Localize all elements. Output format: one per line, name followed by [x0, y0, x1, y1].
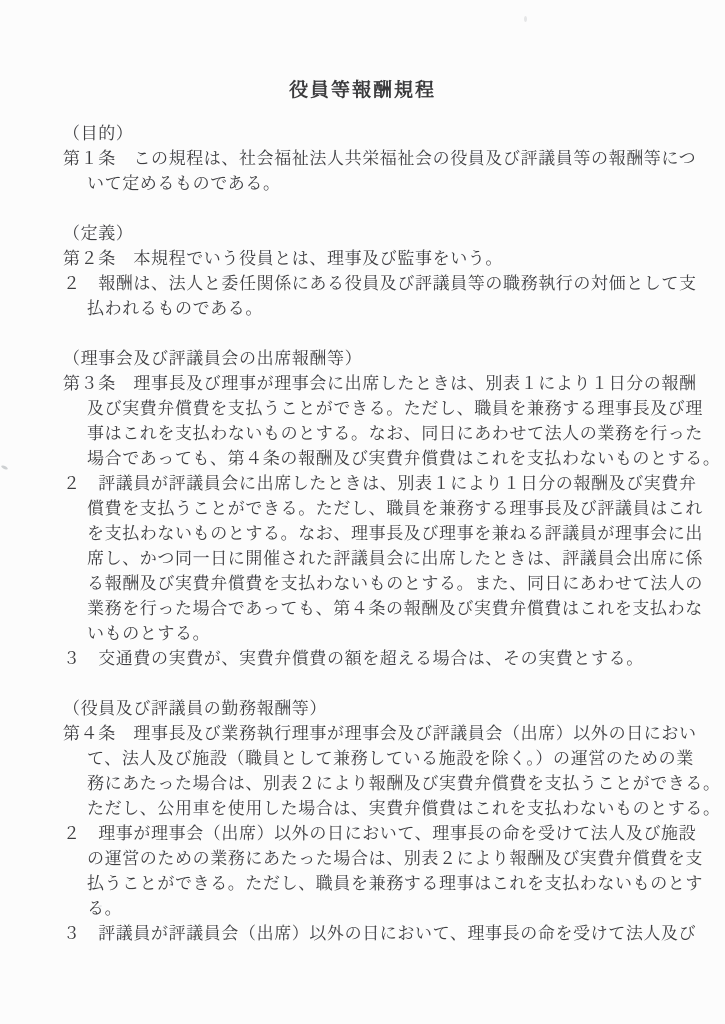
text-line: 務にあたった場合は、別表２により報酬及び実費弁償費を支払うことができる。: [63, 771, 705, 796]
text-line: 事はこれを支払わないものとする。なお、同日にあわせて法人の業務を行った: [63, 421, 705, 446]
text-line: を支払わないものとする。なお、理事長及び理事を兼ねる評議員が理事会に出: [63, 521, 705, 546]
text-line: 払うことができる。ただし、職員を兼務する理事はこれを支払わないものとす: [63, 871, 705, 896]
text-line: ３ 交通費の実費が、実費弁償費の額を超える場合は、その実費とする。: [63, 646, 705, 671]
text-line: 第２条 本規程でいう役員とは、理事及び監事をいう。: [63, 246, 705, 271]
document-body: （目的）第１条 この規程は、社会福祉法人共栄福祉会の役員及び評議員等の報酬等につ…: [63, 121, 705, 946]
scan-artifact: [98, 905, 102, 907]
text-line: （理事会及び評議員会の出席報酬等）: [63, 346, 705, 371]
text-line: 及び実費弁償費を支払うことができる。ただし、職員を兼務する理事長及び理: [63, 396, 705, 421]
text-line: の運営のための業務にあたった場合は、別表２により報酬及び実費弁償費を支: [63, 846, 705, 871]
text-line: （定義）: [63, 221, 705, 246]
text-line: いて定めるものである。: [63, 171, 705, 196]
text-line: （役員及び評議員の勤務報酬等）: [63, 696, 705, 721]
page-title: 役員等報酬規程: [0, 0, 725, 103]
text-line: る報酬及び実費弁償費を支払わないものとする。また、同日にあわせて法人の: [63, 571, 705, 596]
text-line: ただし、公用車を使用した場合は、実費弁償費はこれを支払わないものとする。: [63, 796, 705, 821]
text-line: 第３条 理事長及び理事が理事会に出席したときは、別表１により１日分の報酬: [63, 371, 705, 396]
text-line: ３ 評議員が評議員会（出席）以外の日において、理事長の命を受けて法人及び: [63, 921, 705, 946]
text-line: る。: [63, 896, 705, 921]
document-page: 役員等報酬規程 （目的）第１条 この規程は、社会福祉法人共栄福祉会の役員及び評議…: [0, 0, 725, 1024]
scan-artifact: [524, 16, 527, 22]
text-line: 席し、かつ同一日に開催された評議員会に出席したときは、評議員会出席に係: [63, 546, 705, 571]
text-line: いものとする。: [63, 621, 705, 646]
text-line: ２ 評議員が評議員会に出席したときは、別表１により１日分の報酬及び実費弁: [63, 471, 705, 496]
text-line: 第４条 理事長及び業務執行理事が理事会及び評議員会（出席）以外の日におい: [63, 721, 705, 746]
text-line: て、法人及び施設（職員として兼務している施設を除く。）の運営のための業: [63, 746, 705, 771]
text-line: 業務を行った場合であっても、第４条の報酬及び実費弁償費はこれを支払わな: [63, 596, 705, 621]
text-line: 場合であっても、第４条の報酬及び実費弁償費はこれを支払わないものとする。: [63, 446, 705, 471]
text-line: 第１条 この規程は、社会福祉法人共栄福祉会の役員及び評議員等の報酬等につ: [63, 146, 705, 171]
text-line: 償費を支払うことができる。ただし、職員を兼務する理事長及び評議員はこれ: [63, 496, 705, 521]
text-line: ２ 理事が理事会（出席）以外の日において、理事長の命を受けて法人及び施設: [63, 821, 705, 846]
text-line: ２ 報酬は、法人と委任関係にある役員及び評議員等の職務執行の対価として支: [63, 271, 705, 296]
text-line: （目的）: [63, 121, 705, 146]
text-line: 払われるものである。: [63, 296, 705, 321]
scan-artifact: [1, 465, 9, 471]
